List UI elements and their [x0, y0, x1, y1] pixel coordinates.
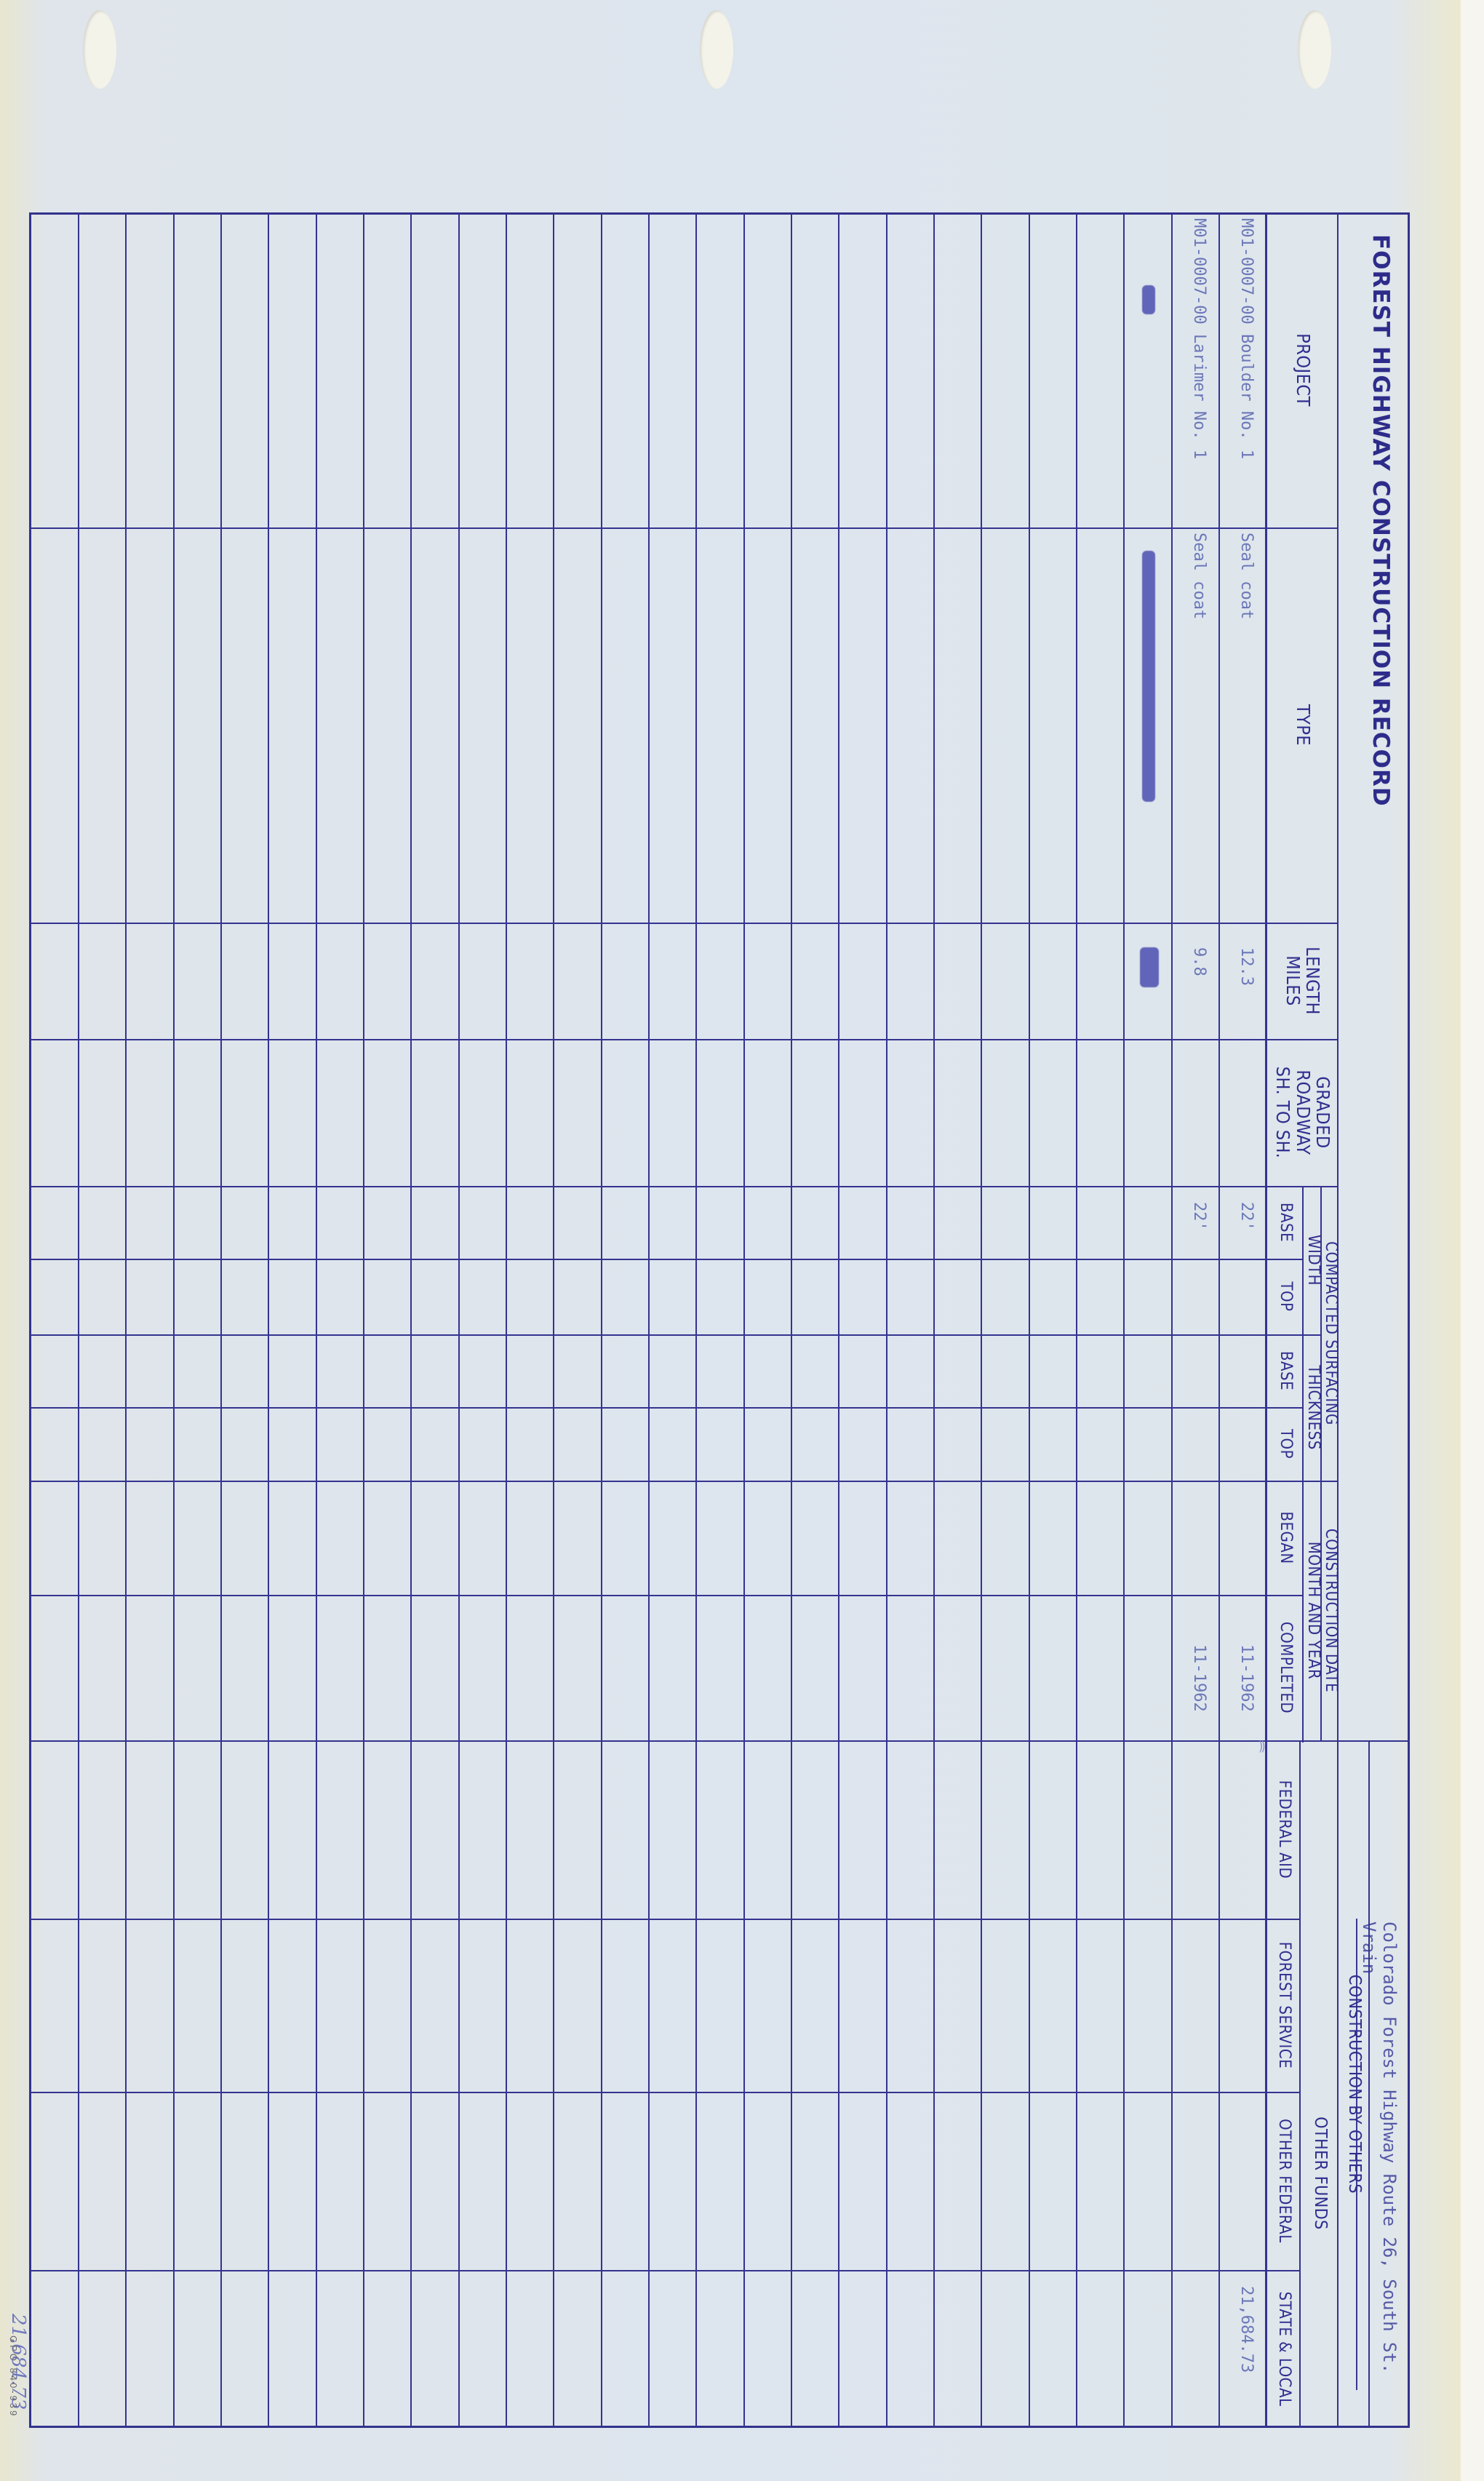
row-line [458, 212, 460, 2428]
header-compacted-surfacing: COMPACTED SURFACING [1322, 1186, 1339, 1481]
row-line [553, 212, 554, 2428]
header-completed: COMPLETED [1267, 1595, 1304, 1740]
header-graded-label: GRADED ROADWAY SH. TO SH. [1273, 1062, 1333, 1163]
row-line [1076, 212, 1077, 2428]
cell-width-base: 22' [1237, 1202, 1256, 1231]
header-other-federal: OTHER FEDERAL [1267, 2092, 1301, 2270]
cell-project: M01-0007-00 Larimer No. 1 [1190, 218, 1208, 459]
header-thickness-base: BASE [1267, 1334, 1304, 1407]
header-began: BEGAN [1267, 1481, 1304, 1595]
header-other-funds: OTHER FUNDS [1301, 1919, 1339, 2428]
col-line [29, 1481, 1339, 1482]
col-line [29, 1740, 1410, 1742]
row-line [838, 212, 839, 2428]
col-line [29, 1334, 1322, 1336]
header-thickness: THICKNESS [1304, 1334, 1322, 1481]
row-line [220, 212, 222, 2428]
row-line [363, 212, 364, 2428]
row-line [410, 212, 412, 2428]
row-line [78, 212, 79, 2428]
row-line [125, 212, 127, 2428]
header-width: WIDTH [1304, 1186, 1322, 1334]
row-line [1123, 212, 1125, 2428]
header-construction-date: CONSTRUCTION DATE [1322, 1481, 1339, 1740]
header-project: PROJECT [1267, 212, 1339, 527]
row-line [886, 212, 887, 2428]
header-graded-roadway: GRADED ROADWAY SH. TO SH. [1267, 1039, 1339, 1186]
header-federal-aid: FEDERAL AID [1267, 1740, 1301, 1919]
cell-type: Seal coat [1237, 533, 1256, 619]
cell-length: 12.3 [1237, 947, 1256, 986]
header-width-base: BASE [1267, 1186, 1304, 1259]
header-forest-service: FOREST SERVICE [1267, 1919, 1301, 2092]
row-line [743, 212, 745, 2428]
scallop-mark: )) [1258, 1739, 1264, 1754]
row-line [695, 212, 697, 2428]
punch-hole [700, 10, 733, 89]
punch-hole [83, 10, 116, 89]
punch-hole [1298, 10, 1331, 89]
row-line [601, 212, 602, 2428]
row-line [1029, 212, 1030, 2428]
row-line [316, 212, 317, 2428]
header-length: LENGTH MILES [1267, 923, 1339, 1039]
row-line [933, 212, 935, 2428]
header-month-year: MONTH AND YEAR [1304, 1481, 1322, 1740]
row-line [173, 212, 175, 2428]
scan-margin [1461, 0, 1484, 2481]
construction-record-form: FOREST HIGHWAY CONSTRUCTION RECORD Color… [29, 212, 1410, 2428]
header-width-top: TOP [1267, 1259, 1304, 1334]
header-construction-by-others: CONSTRUCTION BY OTHERS [1339, 1740, 1370, 2428]
cell-completed: 11-1962 [1237, 1644, 1256, 1712]
cell-width-base: 22' [1190, 1202, 1208, 1231]
strikeout-mark [1142, 551, 1155, 802]
row-line [981, 212, 982, 2428]
row-line [506, 212, 507, 2428]
header-length-label: LENGTH MILES [1283, 941, 1323, 1021]
row-line [1171, 212, 1173, 2428]
cell-completed: 11-1962 [1190, 1644, 1208, 1712]
cell-type: Seal coat [1190, 533, 1208, 619]
cell-project: M01-0007-00 Boulder No. 1 [1237, 218, 1256, 459]
row-line [268, 212, 269, 2428]
row-line [648, 212, 650, 2428]
row-line [1218, 212, 1220, 2428]
gpo-stamp: GPO 840-939 [8, 2335, 19, 2418]
form-title: FOREST HIGHWAY CONSTRUCTION RECORD [1368, 234, 1394, 807]
header-thickness-top: TOP [1267, 1407, 1304, 1481]
col-line [29, 527, 1339, 529]
cell-state-local: 21,684.73 [1237, 2286, 1256, 2373]
strikeout-mark [1142, 285, 1155, 314]
strikeout-mark [1140, 947, 1159, 987]
row-line [791, 212, 792, 2428]
header-state-local: STATE & LOCAL [1267, 2270, 1301, 2428]
cell-length: 9.8 [1190, 947, 1208, 976]
col-line [29, 923, 1339, 924]
header-type: TYPE [1267, 527, 1339, 923]
col-line [29, 1039, 1339, 1040]
col-line [29, 1186, 1339, 1187]
